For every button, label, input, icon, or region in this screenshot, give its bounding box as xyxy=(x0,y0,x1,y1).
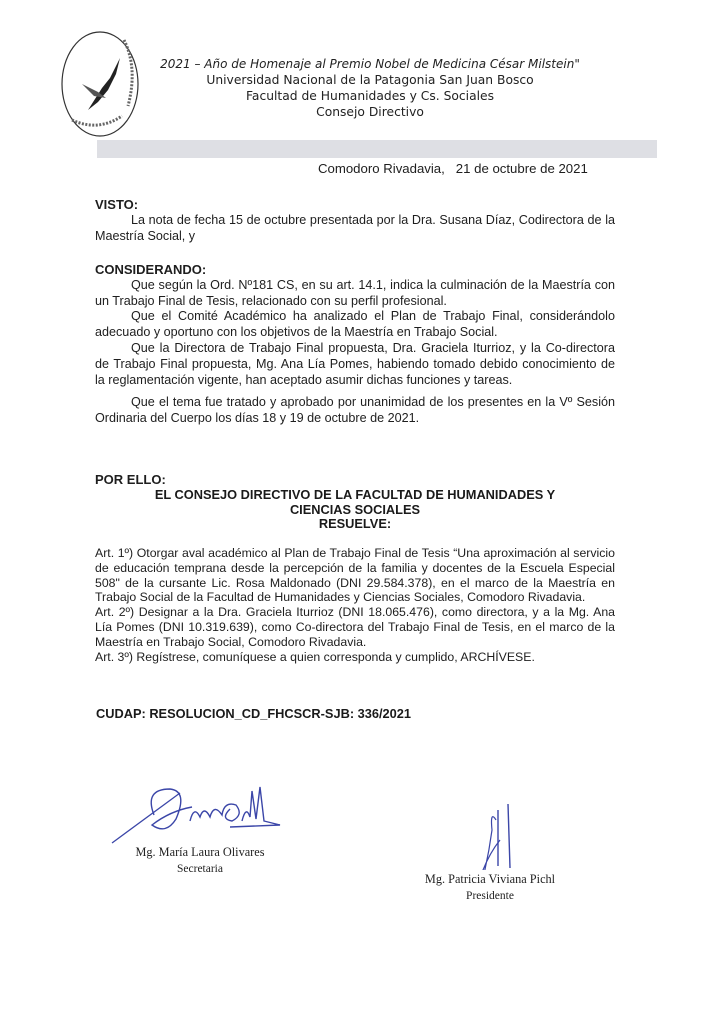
cudap-reference: CUDAP: RESOLUCION_CD_FHCSCR-SJB: 336/202… xyxy=(96,706,411,721)
signer-name: Mg. Patricia Viviana Pichl xyxy=(410,872,570,887)
considerando-paragraph: Que según la Ord. Nº181 CS, en su art. 1… xyxy=(95,278,615,310)
visto-section: VISTO: La nota de fecha 15 de octubre pr… xyxy=(95,197,615,244)
considerando-section: CONSIDERANDO: Que según la Ord. Nº181 CS… xyxy=(95,262,615,427)
signer-role: Presidente xyxy=(410,890,570,902)
handwritten-signature-icon xyxy=(110,775,290,845)
por-ello-section: POR ELLO: xyxy=(95,472,615,488)
resolving-body: EL CONSEJO DIRECTIVO DE LA FACULTAD DE H… xyxy=(95,488,615,532)
signature-block-secretary: Mg. María Laura Olivares Secretaria xyxy=(110,775,290,875)
university-name: Universidad Nacional de la Patagonia San… xyxy=(150,72,590,88)
signature-block-president: Mg. Patricia Viviana Pichl Presidente xyxy=(410,800,570,902)
signer-role: Secretaria xyxy=(110,863,290,875)
article-item: Art. 2º) Designar a la Dra. Graciela Itu… xyxy=(95,605,615,649)
considerando-paragraph: Que la Directora de Trabajo Final propue… xyxy=(95,341,615,388)
resuelve-heading: RESUELVE: xyxy=(95,517,615,532)
considerando-heading: CONSIDERANDO: xyxy=(95,262,615,278)
article-item: Art. 1º) Otorgar aval académico al Plan … xyxy=(95,546,615,605)
albatross-seal-icon xyxy=(58,28,142,140)
por-ello-heading: POR ELLO: xyxy=(95,472,615,488)
handwritten-signature-icon xyxy=(410,800,570,870)
place-date: Comodoro Rivadavia, 21 de octubre de 202… xyxy=(318,161,588,176)
visto-text: La nota de fecha 15 de octubre presentad… xyxy=(95,213,615,245)
signer-name: Mg. María Laura Olivares xyxy=(110,845,290,860)
council-title-line2: CIENCIAS SOCIALES xyxy=(95,503,615,518)
gray-divider-band xyxy=(97,140,657,158)
visto-heading: VISTO: xyxy=(95,197,615,213)
articles-section: Art. 1º) Otorgar aval académico al Plan … xyxy=(95,546,615,664)
resolution-document: 2021 – Año de Homenaje al Premio Nobel d… xyxy=(0,0,724,1024)
letterhead: 2021 – Año de Homenaje al Premio Nobel d… xyxy=(150,56,590,120)
faculty-name: Facultad de Humanidades y Cs. Sociales xyxy=(150,88,590,104)
year-motto: 2021 – Año de Homenaje al Premio Nobel d… xyxy=(150,56,590,72)
council-name: Consejo Directivo xyxy=(150,104,590,120)
considerando-paragraph: Que el tema fue tratado y aprobado por u… xyxy=(95,395,615,427)
council-title-line1: EL CONSEJO DIRECTIVO DE LA FACULTAD DE H… xyxy=(95,488,615,503)
article-item: Art. 3º) Regístrese, comuníquese a quien… xyxy=(95,650,615,665)
considerando-paragraph: Que el Comité Académico ha analizado el … xyxy=(95,309,615,341)
